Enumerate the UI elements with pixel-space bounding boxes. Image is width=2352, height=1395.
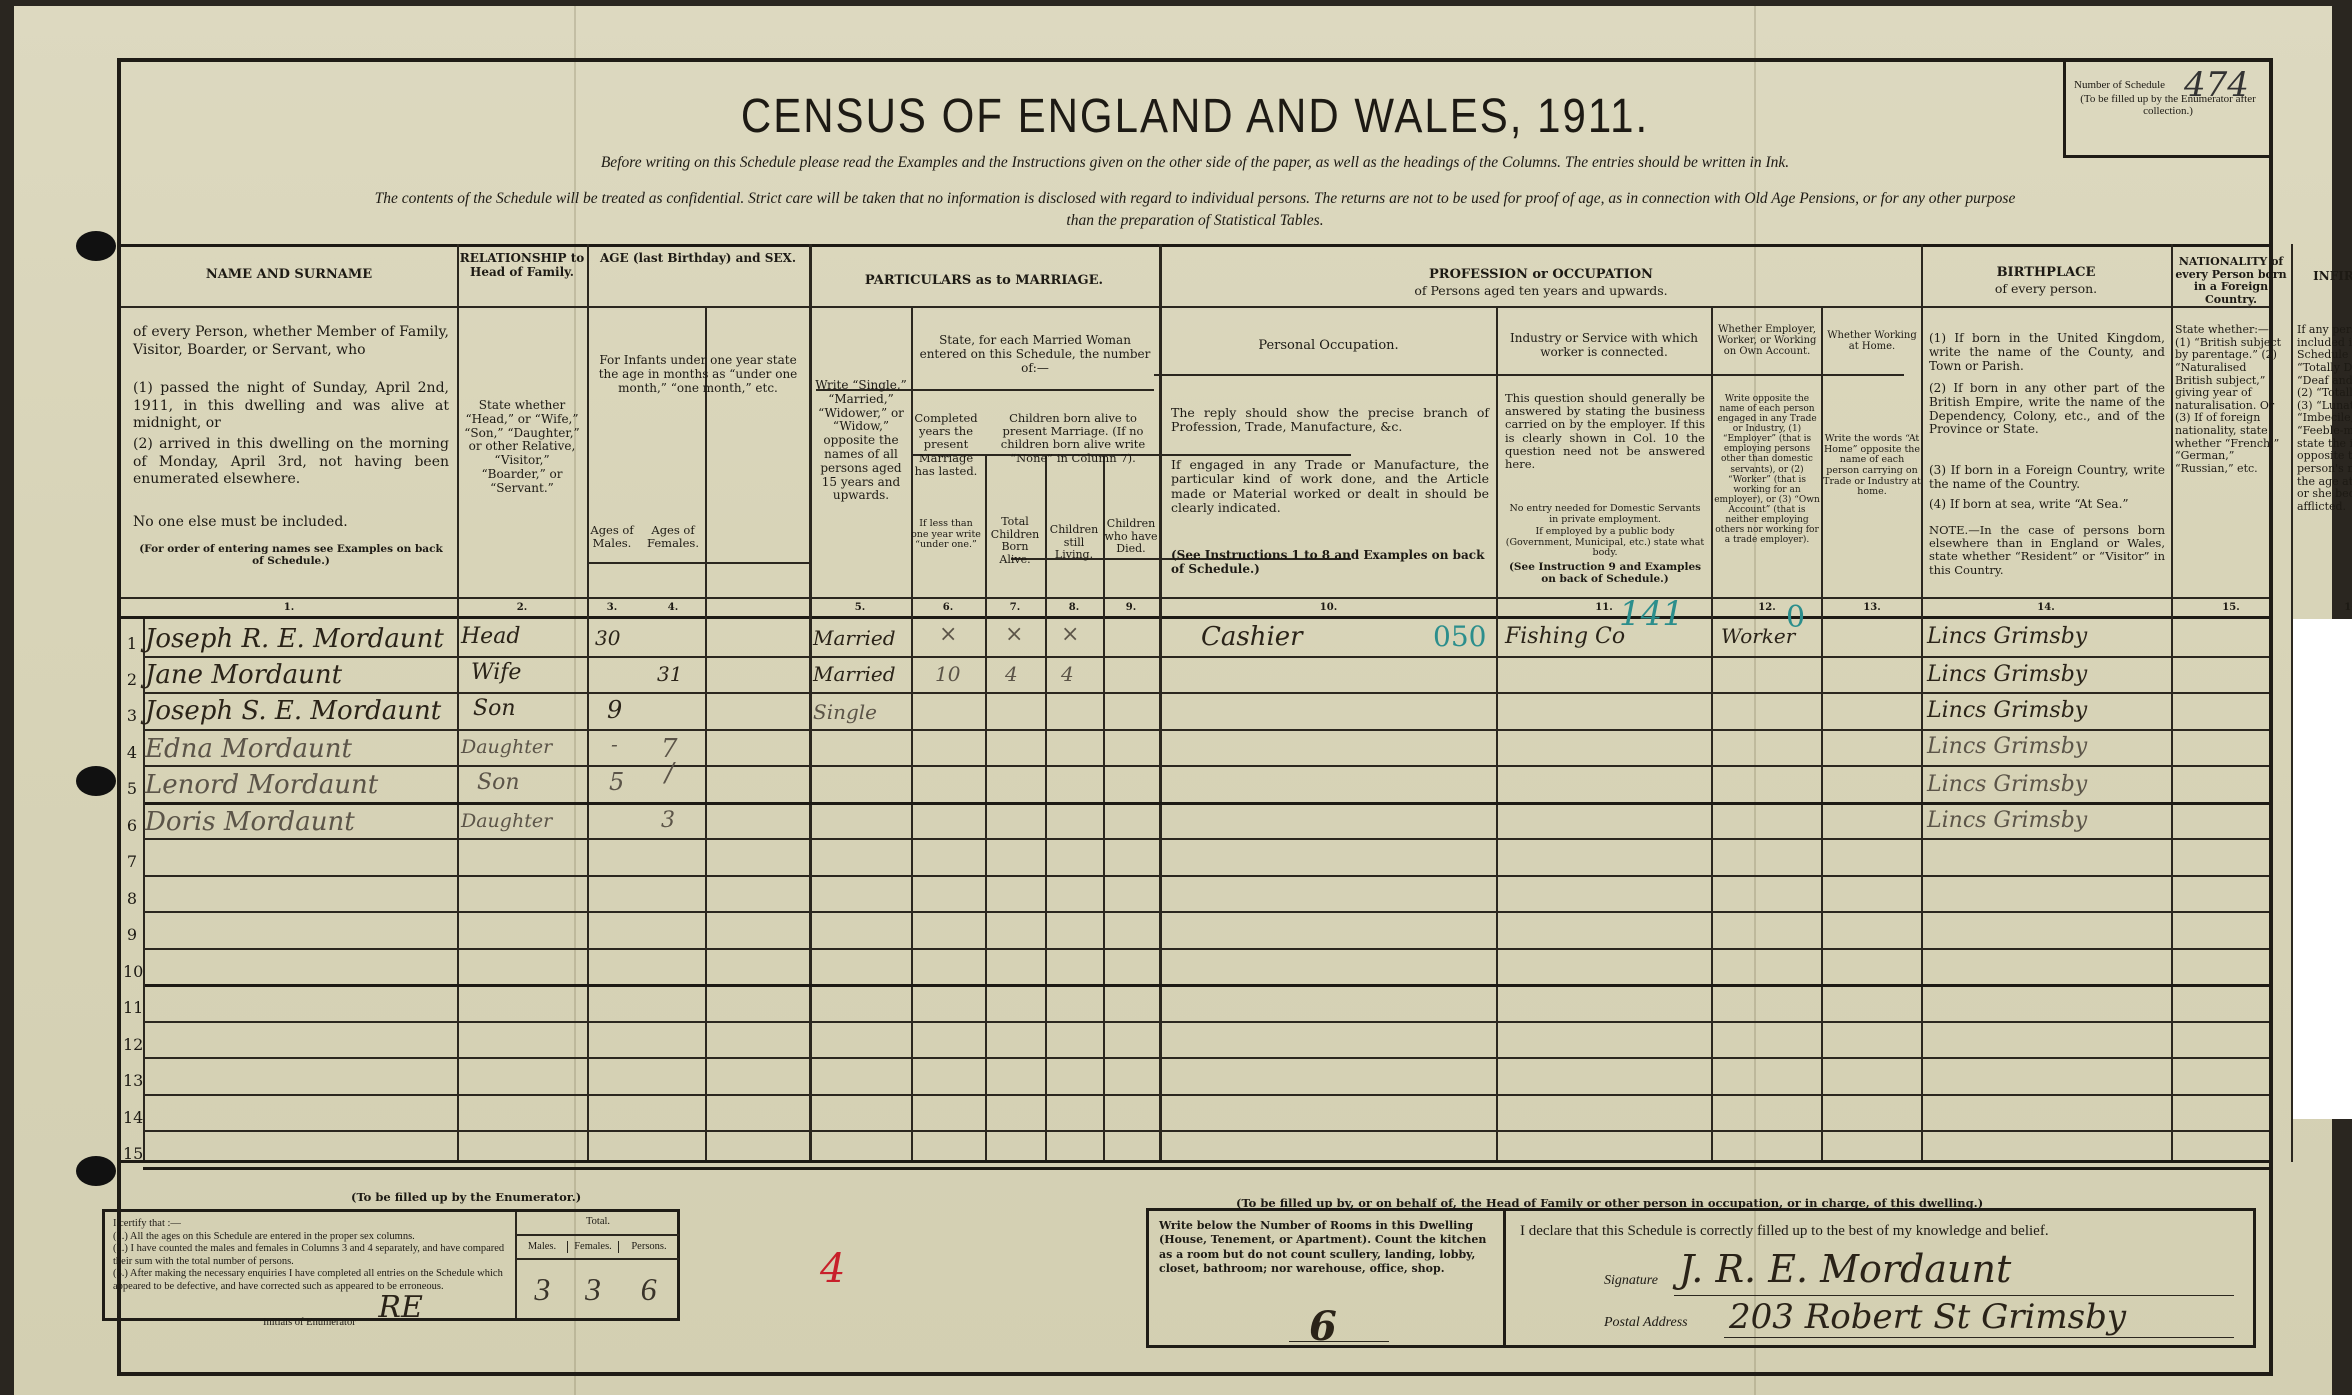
row-divider <box>143 802 2269 805</box>
instruction-confidential: The contents of the Schedule will be tre… <box>121 190 2269 208</box>
signature-value[interactable]: J. R. E. Mordaunt <box>1679 1247 2011 1291</box>
enumerator-heading: (To be filled up by the Enumerator.) <box>351 1190 581 1204</box>
header-relationship: RELATIONSHIP to Head of Family. <box>457 252 587 280</box>
header-children: Children born alive to present Marriage.… <box>991 412 1155 465</box>
person-relation[interactable]: Son <box>477 770 520 795</box>
row-number: 10 <box>123 962 141 981</box>
column-number: 9. <box>1103 602 1159 613</box>
row-divider <box>143 948 2269 950</box>
signature-label: Signature <box>1604 1273 1658 1289</box>
header-at-home: Whether Working at Home. <box>1823 330 1921 352</box>
header-years-married-note: If less than one year write “under one.” <box>911 519 981 551</box>
rooms-instructions: Write below the Number of Rooms in this … <box>1159 1219 1493 1276</box>
total-label: Total. <box>517 1212 679 1236</box>
row-number: 13 <box>123 1071 141 1090</box>
postal-address-value[interactable]: 203 Robert St Grimsby <box>1729 1297 2126 1337</box>
person-relation[interactable]: Wife <box>471 660 521 685</box>
header-total-children: Total Children Born Alive. <box>985 516 1045 567</box>
person-age-male[interactable]: 9 <box>607 696 622 724</box>
row-divider <box>143 1167 2269 1170</box>
punch-hole <box>76 231 116 261</box>
header-industry-desc-d: (See Instruction 9 and Examples on back … <box>1505 562 1705 586</box>
header-birthplace-sub: of every person. <box>1921 282 2171 296</box>
row-number: 11 <box>123 998 141 1017</box>
person-name[interactable]: Jane Mordaunt <box>145 660 342 690</box>
children-total[interactable]: × <box>1005 622 1023 647</box>
header-name-desc-b: (1) passed the night of Sunday, April 2n… <box>133 380 449 433</box>
row-divider <box>143 656 2269 658</box>
instruction-confidential-2: than the preparation of Statistical Tabl… <box>121 212 2269 230</box>
person-relation[interactable]: Daughter <box>461 736 552 758</box>
header-employer-desc: Write opposite the name of each person e… <box>1713 394 1821 545</box>
column-number: 3. <box>587 602 637 613</box>
row-divider <box>143 765 2269 767</box>
header-birthplace-3: (3) If born in a Foreign Country, write … <box>1929 464 2165 492</box>
header-occupation-sub: of Persons aged ten years and upwards. <box>1161 284 1921 298</box>
census-schedule-page: CENSUS OF ENGLAND AND WALES, 1911. Befor… <box>14 6 2332 1395</box>
header-industry: Industry or Service with which worker is… <box>1497 332 1711 360</box>
birthplace[interactable]: Lincs Grimsby <box>1927 808 2087 833</box>
column-number: 1. <box>121 602 457 613</box>
header-industry-desc-c: If employed by a public body (Government… <box>1505 527 1705 559</box>
census-table: NAME AND SURNAME of every Person, whethe… <box>121 244 2269 1162</box>
header-relationship-desc: State whether “Head,” or “Wife,” “Son,” … <box>463 399 581 496</box>
row-number: 9 <box>123 925 141 944</box>
row-number: 3 <box>123 706 141 725</box>
person-name[interactable]: Joseph S. E. Mordaunt <box>145 696 441 726</box>
declaration-text: I declare that this Schedule is correctl… <box>1520 1223 2049 1240</box>
header-children-died: Children who have Died. <box>1103 518 1159 556</box>
row-divider <box>143 1130 2269 1132</box>
employment-status[interactable]: Worker <box>1721 624 1795 648</box>
total-persons[interactable]: 6 <box>618 1270 679 1308</box>
person-relation[interactable]: Daughter <box>461 810 552 832</box>
total-males[interactable]: 3 <box>517 1270 568 1308</box>
header-at-home-desc: Write the words “At Home” opposite the n… <box>1823 434 1921 498</box>
punch-hole <box>76 766 116 796</box>
person-name[interactable]: Edna Mordaunt <box>145 734 352 764</box>
column-number: 10. <box>1161 602 1496 613</box>
header-occupation: PROFESSION or OCCUPATION <box>1161 268 1921 283</box>
years-married[interactable]: × <box>939 622 957 647</box>
row-divider <box>143 1021 2269 1023</box>
header-industry-desc-b: No entry needed for Domestic Servants in… <box>1505 504 1705 525</box>
row-number: 8 <box>123 889 141 908</box>
person-name[interactable]: Lenord Mordaunt <box>145 770 378 800</box>
rooms-box: Write below the Number of Rooms in this … <box>1146 1208 1506 1348</box>
person-name[interactable]: Joseph R. E. Mordaunt <box>145 624 444 654</box>
column-number: 8. <box>1045 602 1103 613</box>
row-number: 1 <box>123 634 141 653</box>
header-marriage: PARTICULARS as to MARRIAGE. <box>809 274 1159 289</box>
certify-label: I certify that :— <box>113 1218 513 1231</box>
schedule-number-box: Number of Schedule 474 (To be filled up … <box>2063 58 2273 158</box>
person-name[interactable]: Doris Mordaunt <box>145 807 355 837</box>
header-condition: Write “Single,” “Married,” “Widower,” or… <box>815 379 907 503</box>
industry-code: 141 <box>1619 594 1684 634</box>
children-total[interactable]: 4 <box>1005 662 1018 686</box>
header-birthplace-1: (1) If born in the United Kingdom, write… <box>1929 332 2165 373</box>
header-birthplace: BIRTHPLACE <box>1921 266 2171 281</box>
initials-label: Initials of Enumerator <box>263 1317 356 1328</box>
row-divider <box>143 1094 2269 1096</box>
column-number: 16. <box>2293 602 2352 613</box>
header-name-desc-c: (2) arrived in this dwelling on the morn… <box>133 436 449 489</box>
header-name-desc-d: No one else must be included. <box>133 514 449 530</box>
birthplace[interactable]: Lincs Grimsby <box>1927 662 2087 687</box>
column-number: 14. <box>1921 602 2171 613</box>
header-industry-desc-a: This question should generally be answer… <box>1505 392 1705 471</box>
declaration-box: I declare that this Schedule is correctl… <box>1504 1208 2256 1348</box>
address-label: Postal Address <box>1604 1315 1688 1331</box>
row-number: 12 <box>123 1035 141 1054</box>
header-birthplace-2: (2) If born in any other part of the Bri… <box>1929 382 2165 437</box>
punch-hole <box>76 1156 116 1186</box>
rooms-count[interactable]: 6 <box>1309 1301 1337 1353</box>
person-age-male[interactable]: 5 <box>609 768 624 796</box>
employment-code: 0 <box>1786 600 1805 635</box>
red-annotation: 4 <box>820 1246 845 1292</box>
header-birthplace-4: (4) If born at sea, write “At Sea.” <box>1929 498 2165 512</box>
header-birthplace-note: NOTE.—In the case of persons born elsewh… <box>1929 524 2165 577</box>
header-age-desc: For Infants under one year state the age… <box>591 354 805 395</box>
birthplace[interactable]: Lincs Grimsby <box>1927 698 2087 723</box>
row-divider <box>143 984 2269 987</box>
header-occupation-desc-c: (See Instructions 1 to 8 and Examples on… <box>1171 549 1489 577</box>
person-age-male[interactable]: - <box>611 732 618 756</box>
header-occupation-desc-b: If engaged in any Trade or Manufacture, … <box>1171 458 1489 516</box>
enumerator-certificate: I certify that :— (1.) All the ages on t… <box>102 1209 680 1321</box>
header-ages-males: Ages of Males. <box>587 524 637 550</box>
column-number: 6. <box>911 602 985 613</box>
row-divider <box>143 729 2269 731</box>
children-living[interactable]: × <box>1061 622 1079 647</box>
row-number: 2 <box>123 670 141 689</box>
row-number: 6 <box>123 816 141 835</box>
certify-item-1: (1.) All the ages on this Schedule are e… <box>113 1231 513 1244</box>
birthplace[interactable]: Lincs Grimsby <box>1927 772 2087 797</box>
person-condition[interactable]: Single <box>813 700 877 724</box>
females-label: Females. <box>568 1241 619 1254</box>
birthplace[interactable]: Lincs Grimsby <box>1927 734 2087 759</box>
header-children-living: Children still Living. <box>1045 524 1103 562</box>
header-married-woman: State, for each Married Woman entered on… <box>917 334 1153 375</box>
occupation-code: 050 <box>1433 620 1486 653</box>
years-married[interactable]: 10 <box>935 662 960 686</box>
column-number: 5. <box>809 602 911 613</box>
redacted-infirmity-column <box>2293 619 2352 1119</box>
page-title: CENSUS OF ENGLAND AND WALES, 1911. <box>121 88 2269 143</box>
header-name-desc-e: (For order of entering names see Example… <box>133 544 449 568</box>
schedule-number-value[interactable]: 474 <box>2184 65 2249 105</box>
column-number: 15. <box>2171 602 2291 613</box>
header-name-desc-a: of every Person, whether Member of Famil… <box>133 324 449 359</box>
row-number: 7 <box>123 852 141 871</box>
instruction-ink: Before writing on this Schedule please r… <box>121 154 2269 172</box>
header-nationality: NATIONALITY of every Person born in a Fo… <box>2171 256 2291 307</box>
certify-item-3: (3.) After making the necessary enquirie… <box>113 1268 513 1293</box>
row-number: 4 <box>123 743 141 762</box>
column-number: 13. <box>1823 602 1921 613</box>
row-number: 14 <box>123 1108 141 1127</box>
person-relation[interactable]: Son <box>473 696 516 721</box>
birthplace[interactable]: Lincs Grimsby <box>1927 624 2087 649</box>
header-employer: Whether Employer, Worker, or Working on … <box>1713 324 1821 358</box>
children-living[interactable]: 4 <box>1061 662 1074 686</box>
header-nationality-desc: State whether:— (1) “British subject by … <box>2175 324 2287 476</box>
header-age: AGE (last Birthday) and SEX. <box>587 252 809 266</box>
person-condition[interactable]: Married <box>813 662 896 686</box>
header-personal-occupation: Personal Occupation. <box>1161 339 1496 354</box>
row-divider <box>143 1057 2269 1059</box>
personal-occupation[interactable]: Cashier <box>1201 622 1303 652</box>
person-age-male[interactable]: 30 <box>595 626 620 650</box>
column-number: 7. <box>985 602 1045 613</box>
header-ages-females: Ages of Females. <box>641 524 705 550</box>
certify-item-2: (2.) I have counted the males and female… <box>113 1243 513 1268</box>
schedule-frame: CENSUS OF ENGLAND AND WALES, 1911. Befor… <box>117 58 2273 1376</box>
column-number: 2. <box>457 602 587 613</box>
header-years-married: Completed years the present Marriage has… <box>911 412 981 478</box>
header-name: NAME AND SURNAME <box>121 268 457 283</box>
row-divider <box>143 911 2269 913</box>
row-divider <box>143 692 2269 694</box>
header-occupation-desc-a: The reply should show the precise branch… <box>1171 406 1489 435</box>
person-age-female[interactable]: 31 <box>657 662 682 686</box>
row-divider <box>143 875 2269 877</box>
persons-label: Persons. <box>619 1241 679 1254</box>
industry[interactable]: Fishing Co <box>1505 624 1625 649</box>
column-number: 4. <box>641 602 705 613</box>
males-label: Males. <box>517 1241 568 1254</box>
initials-value[interactable]: RE <box>378 1290 423 1325</box>
row-number: 5 <box>123 779 141 798</box>
person-age-female[interactable]: / <box>665 758 674 788</box>
row-divider <box>143 838 2269 840</box>
person-relation[interactable]: Head <box>461 624 520 649</box>
person-condition[interactable]: Married <box>813 626 896 650</box>
total-females[interactable]: 3 <box>568 1270 619 1308</box>
header-infirmity-desc: If any person included in this Schedule … <box>2297 324 2352 514</box>
person-age-female[interactable]: 3 <box>661 808 675 833</box>
header-infirmity: INFIRMITY. <box>2293 270 2352 284</box>
